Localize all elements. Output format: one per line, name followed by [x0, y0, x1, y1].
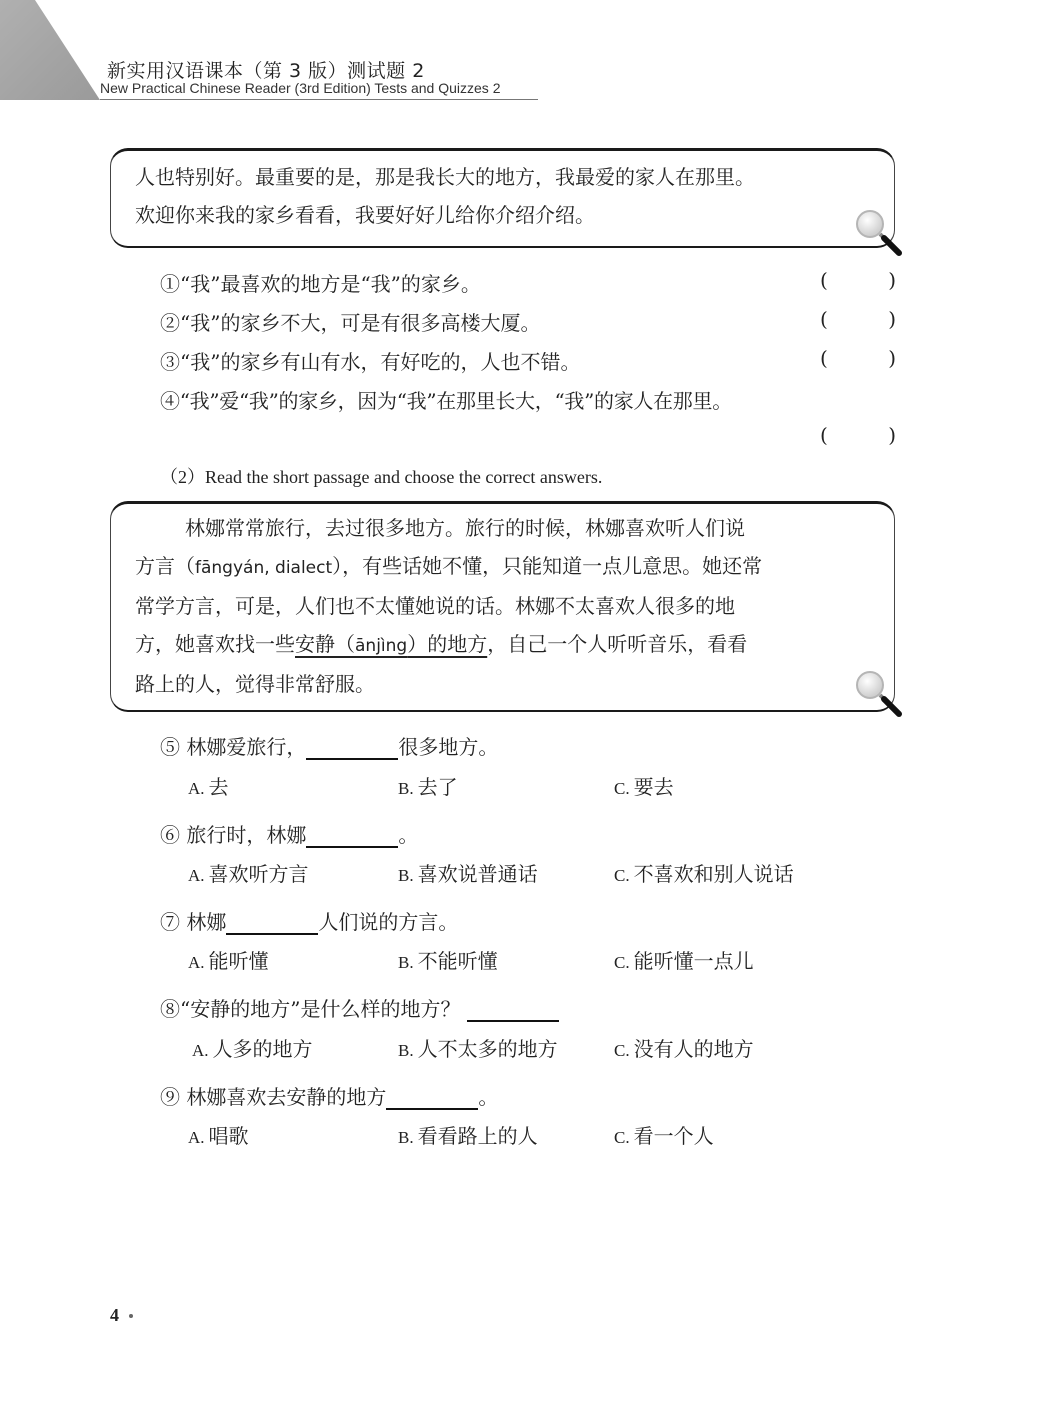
magnifier-icon — [853, 207, 903, 257]
answer-blank[interactable] — [467, 1002, 559, 1022]
option-c[interactable]: C.要去 — [614, 771, 674, 800]
page-number-dot — [129, 1314, 133, 1318]
statement-4: ④“我”爱“我”的家乡，因为“我”在那里长大，“我”的家人在那里。 — [160, 385, 732, 414]
option-c[interactable]: C.看一个人 — [614, 1120, 714, 1149]
option-c[interactable]: C.没有人的地方 — [614, 1033, 754, 1062]
question-8: ⑧“安静的地方”是什么样的地方？ — [160, 993, 559, 1022]
answer-paren-4[interactable]: () — [820, 423, 896, 447]
passage-2-line: 常学方言，可是，人们也不太懂她说的话。林娜不太喜欢人很多的地 — [135, 587, 875, 625]
option-a[interactable]: A.喜欢听方言 — [188, 858, 309, 887]
question-9: ⑨ 林娜喜欢去安静的地方。 — [160, 1081, 498, 1110]
section-2-instruction: （2）Read the short passage and choose the… — [160, 463, 602, 489]
option-b[interactable]: B.不能听懂 — [398, 945, 498, 974]
option-b[interactable]: B.人不太多的地方 — [398, 1033, 558, 1062]
answer-paren-2[interactable]: () — [820, 307, 896, 331]
passage-1: 人也特别好。最重要的是，那是我长大的地方，我最爱的家人在那里。 欢迎你来我的家乡… — [135, 158, 895, 234]
header-divider — [100, 99, 538, 100]
passage-2: 林娜常常旅行，去过很多地方。旅行的时候，林娜喜欢听人们说 方言（fāngyán,… — [135, 509, 875, 703]
statement-2: ②“我”的家乡不大，可是有很多高楼大厦。 — [160, 307, 540, 336]
option-a[interactable]: A.唱歌 — [188, 1120, 249, 1149]
question-6: ⑥ 旅行时，林娜。 — [160, 819, 418, 848]
pinyin: fāngyán, dialect — [195, 558, 332, 578]
answer-paren-1[interactable]: () — [820, 268, 896, 292]
option-a[interactable]: A.能听懂 — [188, 945, 269, 974]
option-a[interactable]: A.人多的地方 — [192, 1033, 313, 1062]
passage-1-line: 人也特别好。最重要的是，那是我长大的地方，我最爱的家人在那里。 — [135, 158, 895, 196]
answer-blank[interactable] — [226, 915, 318, 935]
question-7: ⑦ 林娜人们说的方言。 — [160, 906, 458, 935]
option-b[interactable]: B.去了 — [398, 771, 458, 800]
passage-2-line: 林娜常常旅行，去过很多地方。旅行的时候，林娜喜欢听人们说 — [185, 516, 745, 540]
answer-blank[interactable] — [386, 1090, 478, 1110]
page-number: 4 — [110, 1305, 119, 1326]
question-5: ⑤ 林娜爱旅行，很多地方。 — [160, 731, 498, 760]
statement-1: ①“我”最喜欢的地方是“我”的家乡。 — [160, 268, 481, 297]
answer-blank[interactable] — [306, 740, 398, 760]
option-c[interactable]: C.不喜欢和别人说话 — [614, 858, 794, 887]
option-c[interactable]: C.能听懂一点儿 — [614, 945, 754, 974]
passage-1-line: 欢迎你来我的家乡看看，我要好好儿给你介绍介绍。 — [135, 196, 895, 234]
option-b[interactable]: B.喜欢说普通话 — [398, 858, 538, 887]
option-b[interactable]: B.看看路上的人 — [398, 1120, 538, 1149]
header-title-en: New Practical Chinese Reader (3rd Editio… — [100, 80, 500, 96]
magnifier-icon — [853, 668, 903, 718]
passage-2-line: 路上的人，觉得非常舒服。 — [135, 665, 875, 703]
header-title-cn: 新实用汉语课本（第 3 版）测试题 2 — [107, 56, 425, 83]
answer-paren-3[interactable]: () — [820, 346, 896, 370]
corner-decoration — [0, 0, 100, 100]
underlined-phrase: 安静（ānjìng）的地方 — [295, 632, 487, 656]
statement-3: ③“我”的家乡有山有水，有好吃的，人也不错。 — [160, 346, 580, 375]
option-a[interactable]: A.去 — [188, 771, 229, 800]
answer-blank[interactable] — [306, 828, 398, 848]
